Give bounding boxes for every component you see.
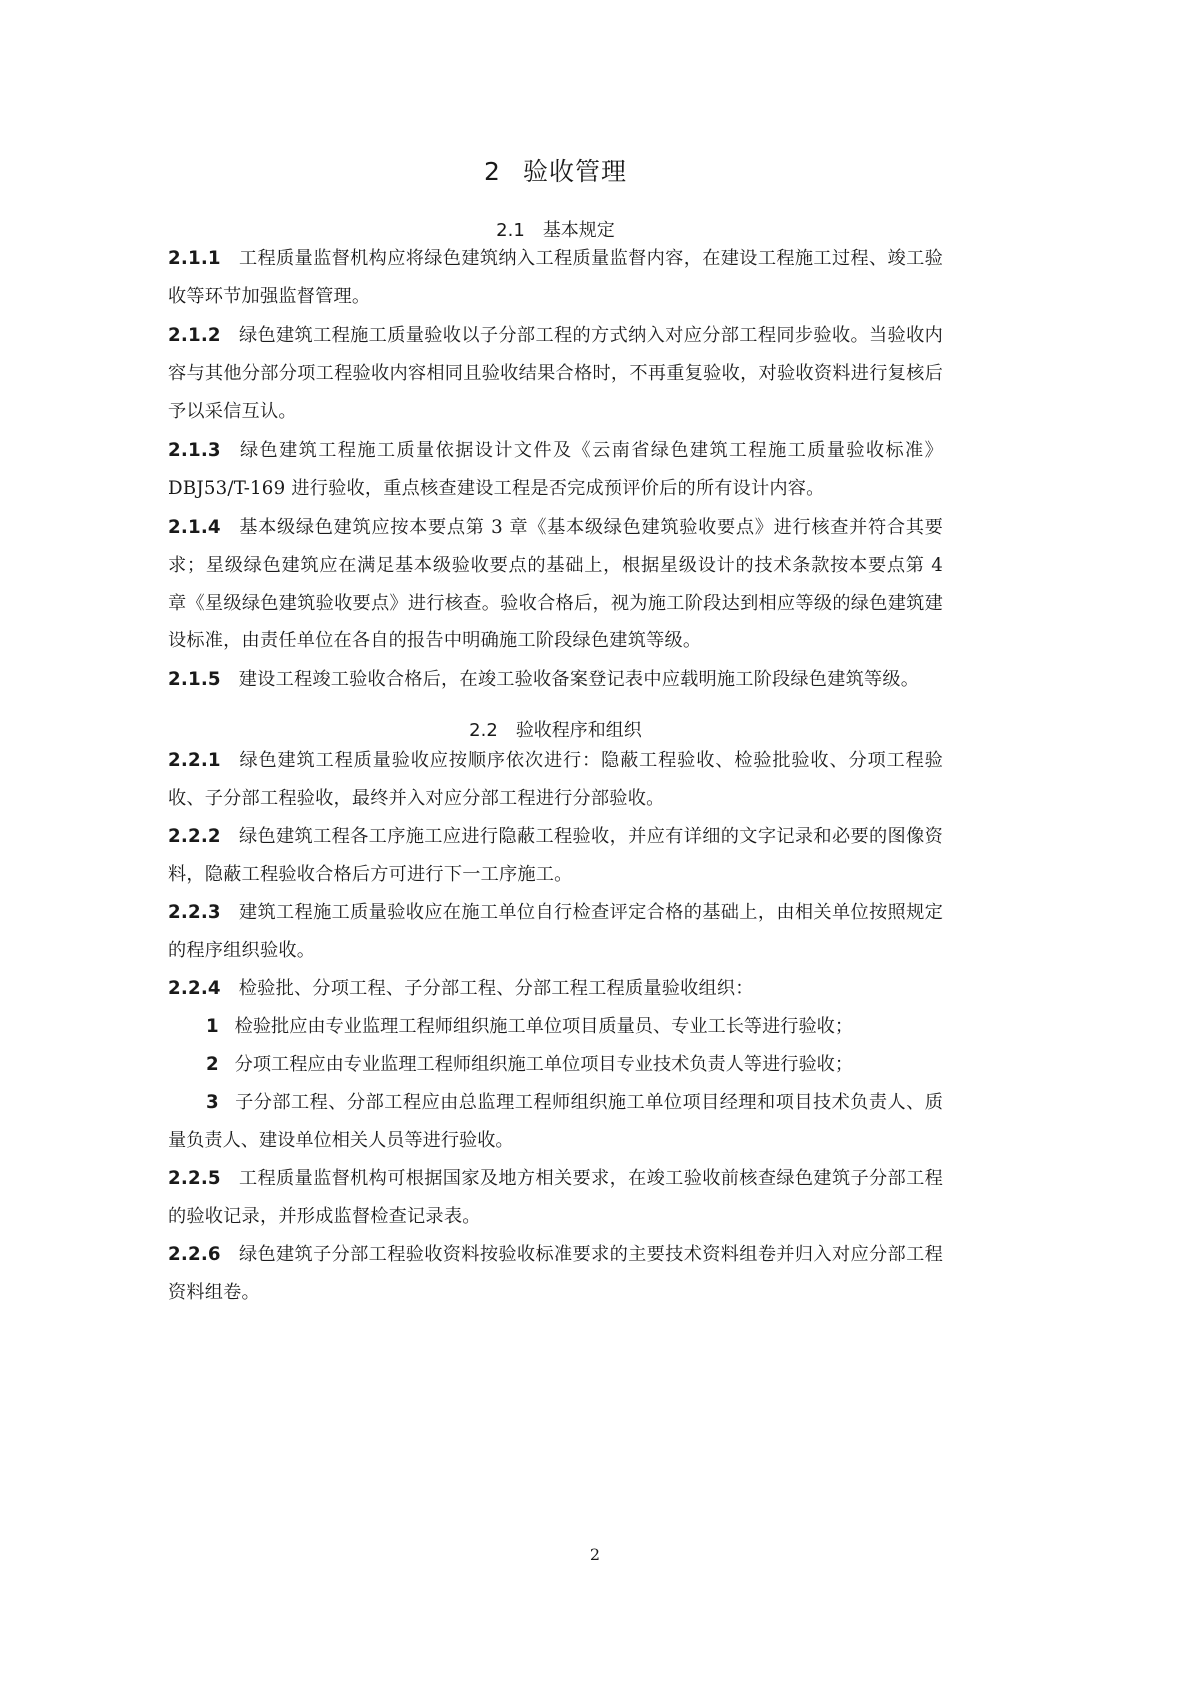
clause-text: 绿色建筑工程质量验收应按顺序依次进行：隐蔽工程验收、检验批验收、分项工程验收、子… [168,750,943,809]
clause-number: 2.2.6 [168,1244,221,1265]
clause-2-1-3: 2.1.3绿色建筑工程施工质量依据设计文件及《云南省绿色建筑工程施工质量验收标准… [168,432,943,508]
item-number: 1 [206,1016,219,1037]
clause-text: 绿色建筑工程各工序施工应进行隐蔽工程验收，并应有详细的文字记录和必要的图像资料，… [168,826,943,885]
section-title-2-1: 2.1基本规定 [168,216,943,242]
clause-text: 绿色建筑子分部工程验收资料按验收标准要求的主要技术资料组卷并归入对应分部工程资料… [168,1244,943,1303]
clause-number: 2.2.5 [168,1168,221,1189]
section-title-text: 基本规定 [543,220,615,241]
clause-2-1-4: 2.1.4基本级绿色建筑应按本要点第 3 章《基本级绿色建筑验收要点》进行核查并… [168,509,943,660]
clause-2-1-5: 2.1.5建设工程竣工验收合格后，在竣工验收备案登记表中应载明施工阶段绿色建筑等… [168,661,943,699]
clause-text: 建设工程竣工验收合格后，在竣工验收备案登记表中应载明施工阶段绿色建筑等级。 [239,669,919,690]
clause-2-2-1: 2.2.1绿色建筑工程质量验收应按顺序依次进行：隐蔽工程验收、检验批验收、分项工… [168,742,943,818]
item-text: 检验批应由专业监理工程师组织施工单位项目质量员、专业工长等进行验收； [235,1016,853,1037]
clause-number: 2.1.4 [168,517,221,538]
page-number: 2 [0,1545,1190,1564]
clause-2-1-2: 2.1.2绿色建筑工程施工质量验收以子分部工程的方式纳入对应分部工程同步验收。当… [168,317,943,430]
clause-text: 工程质量监督机构可根据国家及地方相关要求，在竣工验收前核查绿色建筑子分部工程的验… [168,1168,943,1227]
clause-2-2-3: 2.2.3建筑工程施工质量验收应在施工单位自行检查评定合格的基础上，由相关单位按… [168,894,943,970]
clause-number: 2.1.1 [168,248,221,269]
clause-2-2-2: 2.2.2绿色建筑工程各工序施工应进行隐蔽工程验收，并应有详细的文字记录和必要的… [168,818,943,894]
clause-number: 2.2.4 [168,978,221,999]
item-number: 2 [206,1054,219,1075]
clause-2-2-4-item-2: 2分项工程应由专业监理工程师组织施工单位项目专业技术负责人等进行验收； [168,1046,943,1084]
clause-text: 建筑工程施工质量验收应在施工单位自行检查评定合格的基础上，由相关单位按照规定的程… [168,902,943,961]
clause-number: 2.1.3 [168,440,221,461]
clause-number: 2.2.3 [168,902,221,923]
chapter-title: 2验收管理 [168,152,943,188]
item-text: 分项工程应由专业监理工程师组织施工单位项目专业技术负责人等进行验收； [235,1054,853,1075]
clause-2-2-5: 2.2.5工程质量监督机构可根据国家及地方相关要求，在竣工验收前核查绿色建筑子分… [168,1160,943,1236]
clause-text: 基本级绿色建筑应按本要点第 3 章《基本级绿色建筑验收要点》进行核查并符合其要求… [168,517,943,651]
item-number: 3 [206,1092,219,1113]
section-number: 2.1 [496,220,525,241]
clause-2-2-4-item-1: 1检验批应由专业监理工程师组织施工单位项目质量员、专业工长等进行验收； [168,1008,943,1046]
clause-number: 2.2.1 [168,750,221,771]
section-title-2-2: 2.2验收程序和组织 [168,716,943,742]
clause-text: 绿色建筑工程施工质量依据设计文件及《云南省绿色建筑工程施工质量验收标准》DBJ5… [168,440,943,499]
clause-2-2-6: 2.2.6绿色建筑子分部工程验收资料按验收标准要求的主要技术资料组卷并归入对应分… [168,1236,943,1312]
section-title-text: 验收程序和组织 [516,720,642,741]
clause-number: 2.1.2 [168,325,221,346]
chapter-title-text: 验收管理 [523,157,627,186]
clause-text: 检验批、分项工程、子分部工程、分部工程工程质量验收组织： [239,978,754,999]
clause-2-2-4-item-3: 3子分部工程、分部工程应由总监理工程师组织施工单位项目经理和项目技术负责人、质量… [168,1084,943,1160]
clause-text: 工程质量监督机构应将绿色建筑纳入工程质量监督内容，在建设工程施工过程、竣工验收等… [168,248,943,307]
clause-text: 绿色建筑工程施工质量验收以子分部工程的方式纳入对应分部工程同步验收。当验收内容与… [168,325,943,422]
clause-number: 2.1.5 [168,669,221,690]
chapter-number: 2 [484,157,501,186]
clause-number: 2.2.2 [168,826,221,847]
clause-2-1-1: 2.1.1工程质量监督机构应将绿色建筑纳入工程质量监督内容，在建设工程施工过程、… [168,240,943,316]
clause-2-2-4: 2.2.4检验批、分项工程、子分部工程、分部工程工程质量验收组织： [168,970,943,1008]
item-text: 子分部工程、分部工程应由总监理工程师组织施工单位项目经理和项目技术负责人、质量负… [168,1092,943,1151]
section-number: 2.2 [469,720,498,741]
